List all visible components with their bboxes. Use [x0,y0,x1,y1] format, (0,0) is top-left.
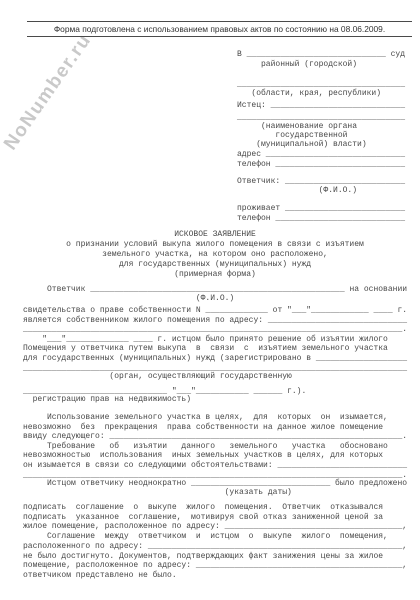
form-preparation-note: Форма подготовлена с использованием прав… [27,21,412,37]
court-region-field: ___________________________________ (обл… [237,80,405,98]
defendant-field: Ответчик: _________________________ (Ф.И… [237,177,405,195]
defendant-residence-field: проживает _________________________ теле… [237,204,405,224]
paragraph-offer-dates: Истцом ответчику неоднократно __________… [23,480,407,497]
paragraph-agreement-refusal: подписать соглашение о выкупе жилого пом… [23,503,407,581]
claim-title: ИСКОВОЕ ЗАЯВЛЕНИЕ о признании условий вы… [23,230,407,280]
document-page: NoNumber.ru Форма подготовлена с использ… [0,0,420,600]
paragraph-ownership-and-seizure: свидетельства о праве собственности N __… [23,306,407,373]
plaintiff-org-caption: ___________________________________ (наи… [237,113,405,149]
court-name-field: В _____________________________ суд райо… [237,50,405,70]
registration-date-line: ______________________________ "___"____… [23,388,306,404]
paragraph-land-use-grounds: Использование земельного участка в целях… [23,413,407,480]
plaintiff-field: Истец: ____________________________ [237,101,405,111]
plaintiff-address-field: адрес _____________________________ теле… [237,150,405,170]
watermark-text: NoNumber.ru [0,30,97,155]
paragraph-defendant-basis: Ответчик _______________________________… [23,285,407,303]
registration-authority-caption: (орган, осуществляющий государственную [23,372,292,381]
